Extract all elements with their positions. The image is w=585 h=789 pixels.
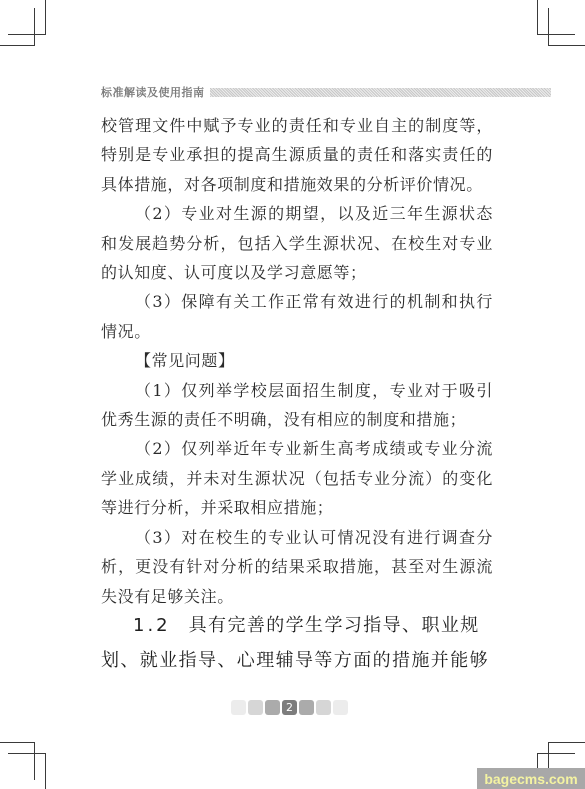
body-text: 校管理文件中赋予专业的责任和专业自主的制度等，特别是专业承担的提高生源质量的责任… [101, 111, 493, 611]
crop-mark [8, 753, 46, 754]
current-page-box: 2 [282, 700, 297, 715]
crop-mark [0, 742, 34, 743]
section-heading: 1.2具有完善的学生学习指导、职业规划、就业指导、心理辅导等方面的措施并能够 [101, 608, 496, 678]
subsection-label: 【常见问题】 [101, 346, 493, 375]
crop-mark [8, 34, 46, 35]
page-box [333, 700, 348, 715]
crop-mark [548, 8, 549, 46]
crop-mark [537, 0, 538, 35]
running-header: 标准解读及使用指南 [101, 85, 551, 99]
paragraph: 校管理文件中赋予专业的责任和专业自主的制度等，特别是专业承担的提高生源质量的责任… [101, 111, 493, 199]
watermark: bagecms.com [477, 768, 585, 789]
crop-mark [34, 8, 35, 46]
paragraph: （3）对在校生的专业认可情况没有进行调查分析，更没有针对分析的结果采取措施，甚至… [101, 523, 493, 611]
crop-mark [45, 753, 46, 789]
crop-mark [34, 742, 35, 780]
crop-mark [0, 45, 34, 46]
running-header-rule [210, 88, 552, 97]
page-box [248, 700, 263, 715]
paragraph: （1）仅列举学校层面招生制度，专业对于吸引优秀生源的责任不明确，没有相应的制度和… [101, 376, 493, 435]
paragraph: （3）保障有关工作正常有效进行的机制和执行情况。 [101, 287, 493, 346]
paragraph: （2）专业对生源的期望，以及近三年生源状态和发展趋势分析，包括入学生源状况、在校… [101, 199, 493, 287]
page-box [299, 700, 314, 715]
running-header-title: 标准解读及使用指南 [101, 84, 205, 100]
crop-mark [45, 0, 46, 35]
crop-mark [537, 34, 575, 35]
page-number-indicator: 2 [231, 700, 348, 715]
crop-mark [537, 753, 575, 754]
page-box [316, 700, 331, 715]
crop-mark [548, 45, 585, 46]
page-box [265, 700, 280, 715]
page-box [231, 700, 246, 715]
crop-mark [548, 742, 585, 743]
paragraph: （2）仅列举近年专业新生高考成绩或专业分流学业成绩，并未对生源状况（包括专业分流… [101, 434, 493, 522]
section-number: 1.2 [133, 615, 171, 636]
